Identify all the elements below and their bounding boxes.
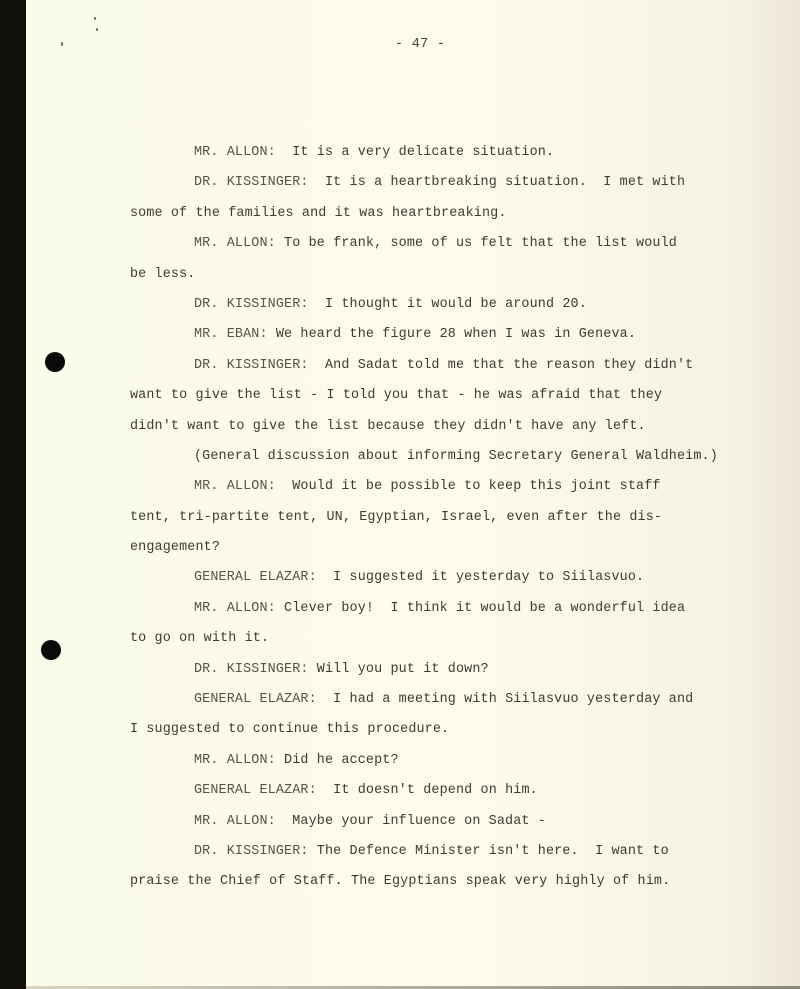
line-text: The Defence Minister isn't here. I want … xyxy=(309,844,669,859)
speaker-label: GENERAL ELAZAR: xyxy=(194,692,317,707)
speaker-label: DR. KISSINGER: xyxy=(194,844,309,859)
transcript-line: praise the Chief of Staff. The Egyptians… xyxy=(130,872,770,902)
speaker-label: DR. KISSINGER: xyxy=(194,175,309,190)
line-text: tent, tri-partite tent, UN, Egyptian, Is… xyxy=(130,510,662,525)
speaker-label: MR. ALLON: xyxy=(194,479,276,494)
page-number: - 47 - xyxy=(0,36,800,52)
transcript-line: MR. ALLON: It is a very delicate situati… xyxy=(130,143,770,173)
transcript-line: MR. ALLON: Would it be possible to keep … xyxy=(130,477,770,507)
line-text: engagement? xyxy=(130,540,220,555)
transcript-line: want to give the list - I told you that … xyxy=(130,386,770,416)
speaker-label: MR. ALLON: xyxy=(194,145,276,160)
line-text: And Sadat told me that the reason they d… xyxy=(309,358,694,373)
line-text: Will you put it down? xyxy=(309,662,489,677)
transcript-line: DR. KISSINGER: And Sadat told me that th… xyxy=(130,356,770,386)
transcript-line: didn't want to give the list because the… xyxy=(130,417,770,447)
speaker-label: GENERAL ELAZAR: xyxy=(194,783,317,798)
transcript-line: MR. ALLON: Did he accept? xyxy=(130,751,770,781)
line-text: Did he accept? xyxy=(276,753,399,768)
line-text: It is a heartbreaking situation. I met w… xyxy=(309,175,686,190)
transcript-line: DR. KISSINGER: I thought it would be aro… xyxy=(130,295,770,325)
line-text: We heard the figure 28 when I was in Gen… xyxy=(268,327,636,342)
speaker-label: MR. ALLON: xyxy=(194,753,276,768)
transcript-line: GENERAL ELAZAR: It doesn't depend on him… xyxy=(130,781,770,811)
line-text: (General discussion about informing Secr… xyxy=(194,449,718,464)
speaker-label: DR. KISSINGER: xyxy=(194,297,309,312)
transcript-body: MR. ALLON: It is a very delicate situati… xyxy=(130,143,770,903)
transcript-line: to go on with it. xyxy=(130,629,770,659)
binding-edge xyxy=(0,0,26,989)
line-text: Would it be possible to keep this joint … xyxy=(276,479,661,494)
line-text: praise the Chief of Staff. The Egyptians… xyxy=(130,874,670,889)
line-text: didn't want to give the list because the… xyxy=(130,419,646,434)
transcript-line: be less. xyxy=(130,265,770,295)
speaker-label: MR. ALLON: xyxy=(194,236,276,251)
transcript-line: MR. ALLON: Clever boy! I think it would … xyxy=(130,599,770,629)
speaker-label: MR. EBAN: xyxy=(194,327,268,342)
line-text: It is a very delicate situation. xyxy=(276,145,554,160)
speaker-label: MR. ALLON: xyxy=(194,601,276,616)
punch-hole-icon xyxy=(45,352,65,372)
transcript-line: MR. ALLON: Maybe your influence on Sadat… xyxy=(130,812,770,842)
speaker-label: DR. KISSINGER: xyxy=(194,662,309,677)
transcript-line: MR. EBAN: We heard the figure 28 when I … xyxy=(130,325,770,355)
speaker-label: DR. KISSINGER: xyxy=(194,358,309,373)
transcript-line: (General discussion about informing Secr… xyxy=(130,447,770,477)
transcript-line: I suggested to continue this procedure. xyxy=(130,720,770,750)
transcript-line: engagement? xyxy=(130,538,770,568)
scanned-page: - 47 - MR. ALLON: It is a very delicate … xyxy=(0,0,800,989)
scan-speck xyxy=(94,17,96,20)
speaker-label: MR. ALLON: xyxy=(194,814,276,829)
punch-hole-icon xyxy=(41,640,61,660)
line-text: some of the families and it was heartbre… xyxy=(130,206,507,221)
line-text: Maybe your influence on Sadat - xyxy=(276,814,546,829)
transcript-line: GENERAL ELAZAR: I had a meeting with Sii… xyxy=(130,690,770,720)
line-text: to go on with it. xyxy=(130,631,269,646)
line-text: want to give the list - I told you that … xyxy=(130,388,662,403)
line-text: I had a meeting with Siilasvuo yesterday… xyxy=(317,692,694,707)
speaker-label: GENERAL ELAZAR: xyxy=(194,570,317,585)
transcript-line: MR. ALLON: To be frank, some of us felt … xyxy=(130,234,770,264)
transcript-line: DR. KISSINGER: Will you put it down? xyxy=(130,660,770,690)
line-text: Clever boy! I think it would be a wonder… xyxy=(276,601,685,616)
line-text: It doesn't depend on him. xyxy=(317,783,538,798)
transcript-line: tent, tri-partite tent, UN, Egyptian, Is… xyxy=(130,508,770,538)
line-text: I suggested to continue this procedure. xyxy=(130,722,449,737)
transcript-line: DR. KISSINGER: The Defence Minister isn'… xyxy=(130,842,770,872)
line-text: be less. xyxy=(130,267,196,282)
transcript-line: GENERAL ELAZAR: I suggested it yesterday… xyxy=(130,568,770,598)
transcript-line: DR. KISSINGER: It is a heartbreaking sit… xyxy=(130,173,770,203)
line-text: I suggested it yesterday to Siilasvuo. xyxy=(317,570,644,585)
line-text: To be frank, some of us felt that the li… xyxy=(276,236,677,251)
line-text: I thought it would be around 20. xyxy=(309,297,587,312)
transcript-line: some of the families and it was heartbre… xyxy=(130,204,770,234)
scan-speck xyxy=(96,28,98,31)
